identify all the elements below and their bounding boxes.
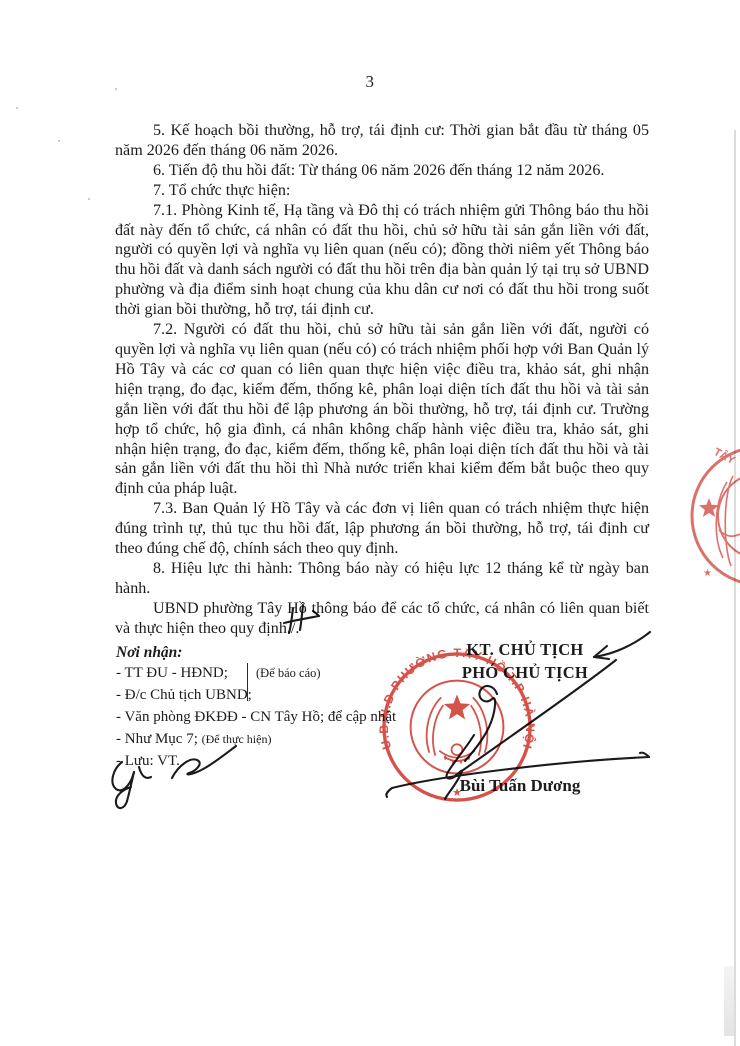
recipient-item: - Như Mục 7; (Để thực hiện) xyxy=(116,731,416,748)
recipient-label: - Đ/c Chủ tịch UBND; xyxy=(116,687,252,703)
recipient-item: - Văn phòng ĐKĐĐ - CN Tây Hồ; để cập nhậ… xyxy=(116,709,416,726)
official-stamp: U.B.N.D PHƯỜNG TÂY HỒ T.P HÀ NỘI ★ xyxy=(378,648,536,806)
paragraph-7: 7. Tổ chức thực hiện: xyxy=(115,181,649,201)
recipient-label: - Lưu: VT. xyxy=(116,753,180,769)
stamp-star: ★ xyxy=(452,787,462,799)
paragraph-7-1: 7.1. Phòng Kinh tế, Hạ tầng và Đô thị có… xyxy=(115,201,649,320)
edge-stamp-partial: TÂY ★ xyxy=(679,430,740,602)
document-body: 5. Kế hoạch bồi thường, hỗ trợ, tái định… xyxy=(115,121,649,639)
recipient-label: - TT ĐU - HĐND; xyxy=(116,665,228,681)
edge-stamp-star: ★ xyxy=(703,568,712,579)
recipients-bracket-line xyxy=(247,663,248,701)
paragraph-8: 8. Hiệu lực thi hành: Thông báo này có h… xyxy=(115,559,649,599)
paragraph-5: 5. Kế hoạch bồi thường, hỗ trợ, tái định… xyxy=(115,121,649,161)
scan-speck xyxy=(88,198,90,200)
edge-stamp-star-emblem xyxy=(699,498,719,517)
scan-speck xyxy=(16,107,18,109)
recipient-item: - Đ/c Chủ tịch UBND; xyxy=(116,687,416,704)
scanned-document-page: { "page": { "number": "3" }, "body": { "… xyxy=(0,0,740,1046)
paragraph-7-3: 7.3. Ban Quản lý Hồ Tây và các đơn vị li… xyxy=(115,499,649,559)
scan-speck xyxy=(58,140,60,142)
paragraph-7-2: 7.2. Người có đất thu hồi, chủ sở hữu tà… xyxy=(115,320,649,499)
scan-smudge xyxy=(724,966,734,1036)
recipient-item: - Lưu: VT. xyxy=(116,753,416,770)
recipients-heading: Nơi nhận: xyxy=(116,644,416,662)
emblem-star xyxy=(444,694,470,719)
stamp-emblem xyxy=(427,694,488,763)
recipients-block: Nơi nhận: - TT ĐU - HĐND; - Đ/c Chủ tịch… xyxy=(116,644,416,775)
recipient-note: (Để thực hiện) xyxy=(202,732,272,746)
paragraph-closing: UBND phường Tây Hồ thông báo để các tổ c… xyxy=(115,599,649,639)
recipients-bracket-note: (Để báo cáo) xyxy=(256,666,321,681)
scan-speck xyxy=(115,88,117,90)
page-number: 3 xyxy=(0,72,740,92)
recipient-label: - Văn phòng ĐKĐĐ - CN Tây Hồ; để cập nhậ… xyxy=(116,709,396,725)
paragraph-6: 6. Tiến độ thu hồi đất: Từ tháng 06 năm … xyxy=(115,161,649,181)
recipient-label: - Như Mục 7; xyxy=(116,731,198,747)
